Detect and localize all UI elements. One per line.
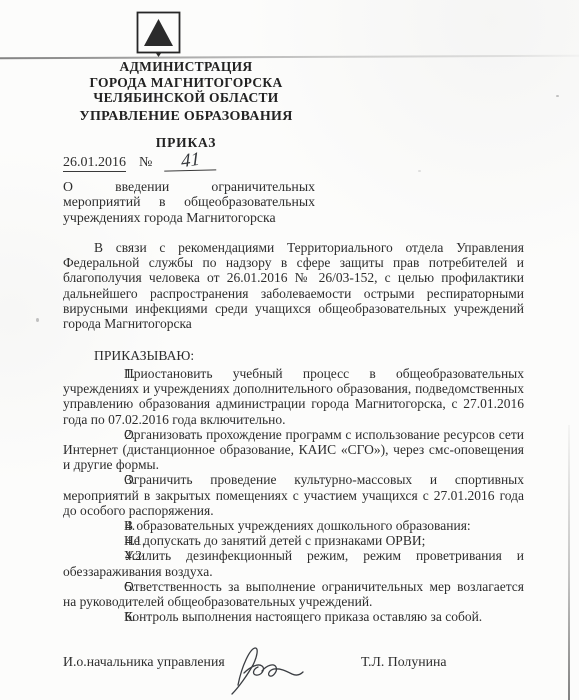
- scan-speck: [418, 170, 421, 172]
- org-name-line: АДМИНИСТРАЦИЯ: [34, 59, 338, 75]
- org-name-line: ЧЕЛЯБИНСКОЙ ОБЛАСТИ: [34, 90, 338, 106]
- number-sign: №: [139, 155, 152, 170]
- item-text: Контроль выполнения настоящего приказа о…: [124, 609, 482, 624]
- item-number: 5.: [94, 579, 124, 594]
- department-name: УПРАВЛЕНИЕ ОБРАЗОВАНИЯ: [34, 109, 338, 125]
- item-number: 2.: [94, 427, 124, 442]
- item-number: 4.: [94, 518, 124, 533]
- order-subject: О введении ограничительных мероприятий в…: [63, 179, 315, 225]
- signature-block: И.о.начальника управления Т.Л. Полунина: [0, 645, 579, 700]
- item-number: 1.: [94, 366, 124, 381]
- order-item: 2.Организовать прохождение программ с ис…: [63, 427, 524, 473]
- item-text: Ответственность за выполнение ограничите…: [63, 579, 524, 609]
- doc-date: 26.01.2016: [63, 155, 126, 172]
- item-text: Усилить дезинфекционный режим, режим про…: [63, 548, 524, 578]
- doc-number-handwritten: 41: [181, 151, 201, 172]
- order-items-list: 1.Приостановить учебный процесс в общеоб…: [63, 366, 524, 624]
- document-type-title: ПРИКАЗ: [34, 135, 338, 151]
- scan-speck: [556, 95, 559, 97]
- signatory-name: Т.Л. Полунина: [361, 654, 447, 670]
- order-item: 6.Контроль выполнения настоящего приказа…: [63, 609, 524, 624]
- item-number: 3.: [94, 472, 124, 487]
- letterhead: АДМИНИСТРАЦИЯ ГОРОДА МАГНИТОГОРСКА ЧЕЛЯБ…: [34, 59, 338, 151]
- scanned-order-document: АДМИНИСТРАЦИЯ ГОРОДА МАГНИТОГОРСКА ЧЕЛЯБ…: [0, 0, 579, 700]
- item-text: В образовательных учреждениях дошкольног…: [124, 518, 471, 533]
- item-text: Ограничить проведение культурно-массовых…: [63, 472, 524, 517]
- date-number-row: 26.01.2016№41: [63, 151, 216, 171]
- item-text: Не допускать до занятий детей с признака…: [124, 533, 425, 548]
- magnitogorsk-tent-emblem-icon: [136, 11, 182, 58]
- handwritten-signature: [222, 643, 308, 700]
- signatory-position: И.о.начальника управления: [63, 654, 225, 670]
- order-item: 5.Ответственность за выполнение ограничи…: [63, 579, 524, 609]
- order-item: 4.2.Усилить дезинфекционный режим, режим…: [63, 548, 524, 578]
- order-verb: ПРИКАЗЫВАЮ:: [63, 348, 194, 364]
- org-name-line: ГОРОДА МАГНИТОГОРСКА: [34, 75, 338, 91]
- item-text: Приостановить учебный процесс в общеобра…: [63, 366, 524, 427]
- order-item: 3.Ограничить проведение культурно-массов…: [63, 472, 524, 518]
- order-item: 4.В образовательных учреждениях дошкольн…: [63, 518, 524, 533]
- emblem-logo: [136, 11, 182, 58]
- doc-number-field: 41: [164, 150, 217, 171]
- scan-speck: [36, 318, 39, 322]
- preamble-paragraph: В связи с рекомендациями Территориальног…: [63, 240, 524, 331]
- order-item: 4.1.Не допускать до занятий детей с приз…: [63, 533, 524, 548]
- item-text: Организовать прохождение программ с испо…: [63, 427, 524, 472]
- order-item: 1.Приостановить учебный процесс в общеоб…: [63, 366, 524, 427]
- item-number: 6.: [94, 609, 124, 624]
- item-number: 4.2.: [94, 548, 124, 563]
- item-number: 4.1.: [94, 533, 124, 548]
